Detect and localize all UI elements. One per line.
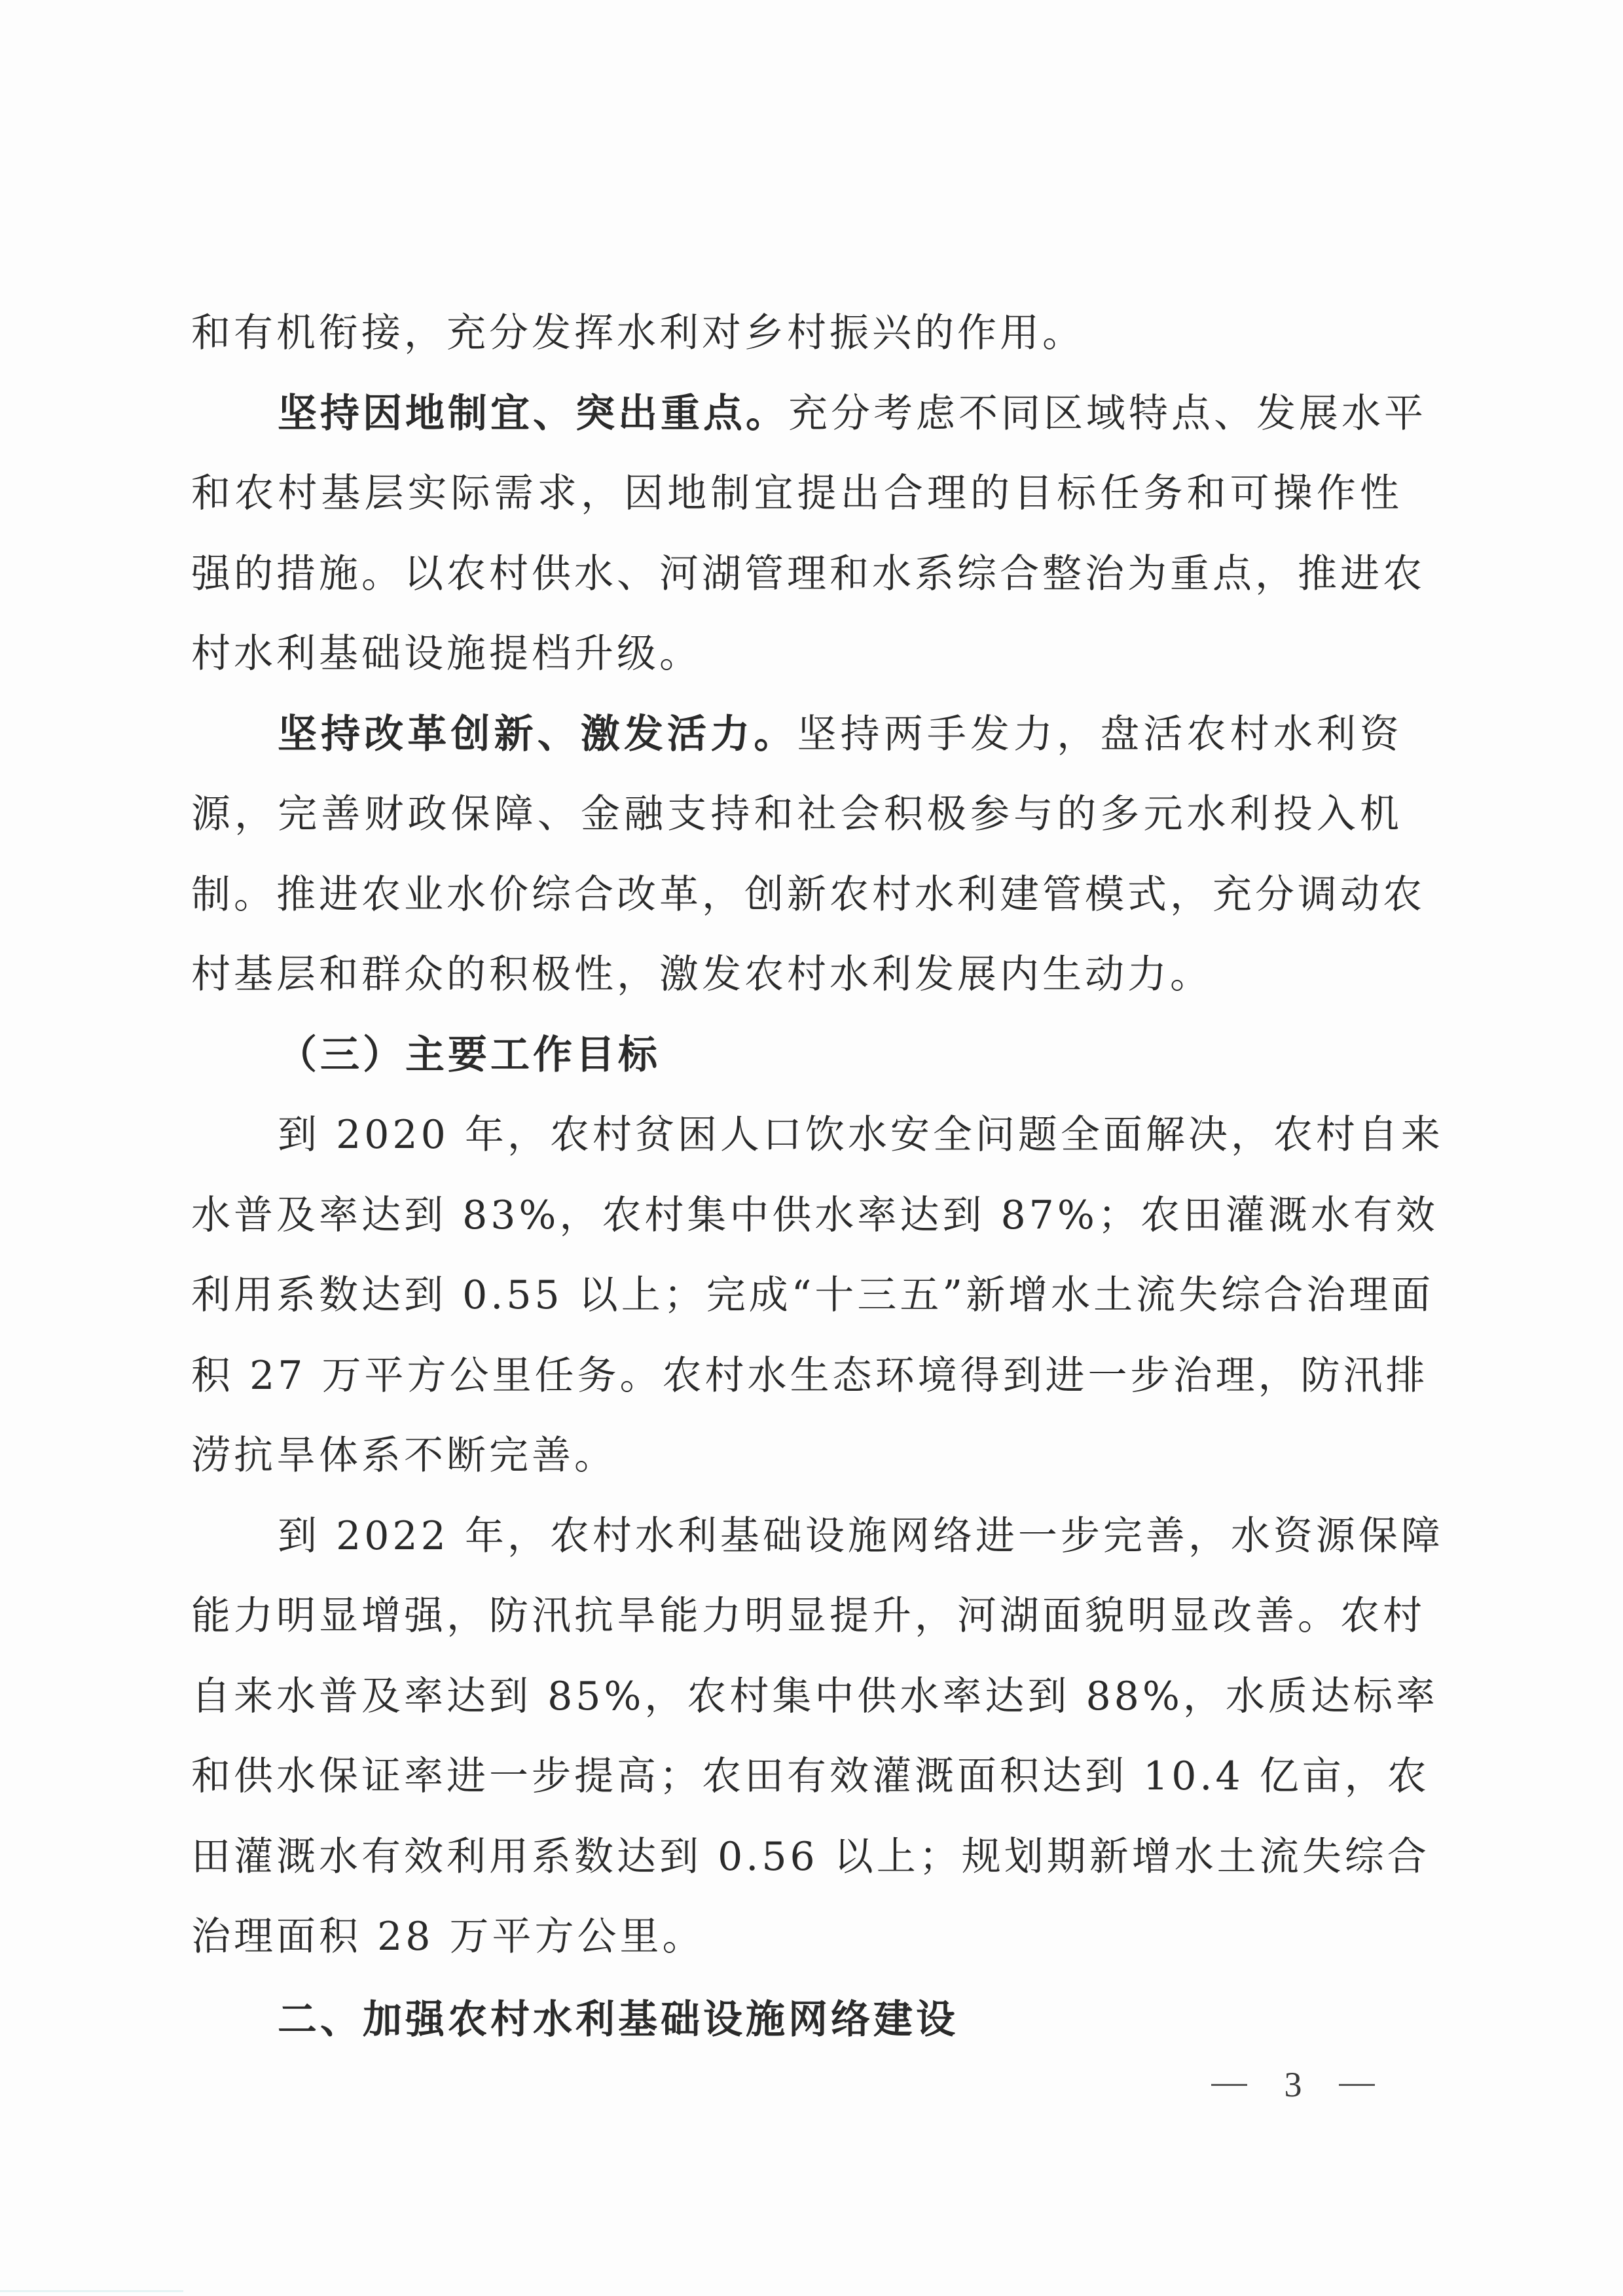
paragraph-line: 和有机衔接，充分发挥水利对乡村振兴的作用。 <box>191 293 1402 374</box>
paragraph-line: 村水利基础设施提档升级。 <box>191 614 1402 694</box>
line-text: 村基层和群众的积极性，激发农村水利发展内生动力。 <box>191 952 1213 997</box>
paragraph-line: 水普及率达到 83%，农村集中供水率达到 87%；农田灌溉水有效 <box>191 1175 1402 1256</box>
line-text: 和农村基层实际需求，因地制宜提出合理的目标任务和可操作性 <box>191 471 1402 516</box>
section-heading: 二、加强农村水利基础设施网络建设 <box>191 1980 1402 2060</box>
paragraph-line: 治理面积 28 万平方公里。 <box>191 1897 1402 1977</box>
line-text: 到 2020 年，农村贫困人口饮水安全问题全面解决，农村自来 <box>278 1112 1444 1158</box>
paragraph-line: 和农村基层实际需求，因地制宜提出合理的目标任务和可操作性 <box>191 454 1402 534</box>
line-text: 积 27 万平方公里任务。农村水生态环境得到进一步治理，防汛排 <box>191 1353 1429 1399</box>
paragraph-line: 利用系数达到 0.55 以上；完成“十三五”新增水土流失综合治理面 <box>191 1255 1402 1336</box>
subheading-text: （三）主要工作目标 <box>278 1032 661 1078</box>
line-text: 源，完善财政保障、金融支持和社会积极参与的多元水利投入机 <box>191 791 1402 837</box>
section-subheading: （三）主要工作目标 <box>191 1015 1402 1096</box>
paragraph-line: 积 27 万平方公里任务。农村水生态环境得到进一步治理，防汛排 <box>191 1336 1402 1416</box>
paragraph-line: 坚持改革创新、激发活力。坚持两手发力，盘活农村水利资 <box>191 694 1402 775</box>
line-text: 涝抗旱体系不断完善。 <box>191 1433 617 1479</box>
page-number-value: 3 <box>1285 2064 1302 2105</box>
paragraph-line: 到 2020 年，农村贫困人口饮水安全问题全面解决，农村自来 <box>191 1095 1402 1175</box>
dash-right <box>1339 2084 1375 2086</box>
line-text: 水普及率达到 83%，农村集中供水率达到 87%；农田灌溉水有效 <box>191 1193 1438 1238</box>
principle-title: 坚持改革创新、激发活力。 <box>278 711 797 757</box>
body-text: 和有机衔接，充分发挥水利对乡村振兴的作用。 坚持因地制宜、突出重点。充分考虑不同… <box>191 293 1402 2060</box>
paragraph-line: 和供水保证率进一步提高；农田有效灌溉面积达到 10.4 亿亩，农 <box>191 1736 1402 1817</box>
paragraph-line: 到 2022 年，农村水利基础设施网络进一步完善，水资源保障 <box>191 1496 1402 1577</box>
line-text: 村水利基础设施提档升级。 <box>191 631 702 677</box>
paragraph-line: 源，完善财政保障、金融支持和社会积极参与的多元水利投入机 <box>191 774 1402 855</box>
line-text: 和供水保证率进一步提高；农田有效灌溉面积达到 10.4 亿亩，农 <box>191 1753 1430 1799</box>
page-number: 3 <box>1211 2062 1375 2108</box>
line-text: 强的措施。以农村供水、河湖管理和水系综合整治为重点，推进农 <box>191 551 1425 597</box>
paragraph-line: 制。推进农业水价综合改革，创新农村水利建管模式，充分调动农 <box>191 855 1402 935</box>
line-text: 能力明显增强，防汛抗旱能力明显提升，河湖面貌明显改善。农村 <box>191 1593 1425 1639</box>
principle-title: 坚持因地制宜、突出重点。 <box>278 391 788 437</box>
line-text: 充分考虑不同区域特点、发展水平 <box>788 391 1427 437</box>
paragraph-line: 坚持因地制宜、突出重点。充分考虑不同区域特点、发展水平 <box>191 374 1402 454</box>
line-text: 自来水普及率达到 85%，农村集中供水率达到 88%，水质达标率 <box>191 1674 1438 1719</box>
paragraph-line: 涝抗旱体系不断完善。 <box>191 1416 1402 1496</box>
line-text: 治理面积 28 万平方公里。 <box>191 1914 705 1960</box>
paragraph-line: 自来水普及率达到 85%，农村集中供水率达到 88%，水质达标率 <box>191 1657 1402 1737</box>
paragraph-line: 田灌溉水有效利用系数达到 0.56 以上；规划期新增水土流失综合 <box>191 1817 1402 1897</box>
paragraph-line: 能力明显增强，防汛抗旱能力明显提升，河湖面貌明显改善。农村 <box>191 1576 1402 1657</box>
heading-text: 二、加强农村水利基础设施网络建设 <box>278 1997 958 2043</box>
line-text: 利用系数达到 0.55 以上；完成“十三五”新增水土流失综合治理面 <box>191 1272 1434 1318</box>
line-text: 到 2022 年，农村水利基础设施网络进一步完善，水资源保障 <box>278 1513 1444 1559</box>
paragraph-line: 强的措施。以农村供水、河湖管理和水系综合整治为重点，推进农 <box>191 534 1402 615</box>
paragraph-line: 村基层和群众的积极性，激发农村水利发展内生动力。 <box>191 935 1402 1015</box>
line-text: 制。推进农业水价综合改革，创新农村水利建管模式，充分调动农 <box>191 872 1425 918</box>
line-text: 田灌溉水有效利用系数达到 0.56 以上；规划期新增水土流失综合 <box>191 1834 1430 1880</box>
document-page: 和有机衔接，充分发挥水利对乡村振兴的作用。 坚持因地制宜、突出重点。充分考虑不同… <box>0 0 1623 2296</box>
scan-edge-artifact <box>0 2290 183 2292</box>
line-text: 和有机衔接，充分发挥水利对乡村振兴的作用。 <box>191 310 1085 356</box>
dash-left <box>1211 2084 1247 2086</box>
line-text: 坚持两手发力，盘活农村水利资 <box>797 711 1402 757</box>
